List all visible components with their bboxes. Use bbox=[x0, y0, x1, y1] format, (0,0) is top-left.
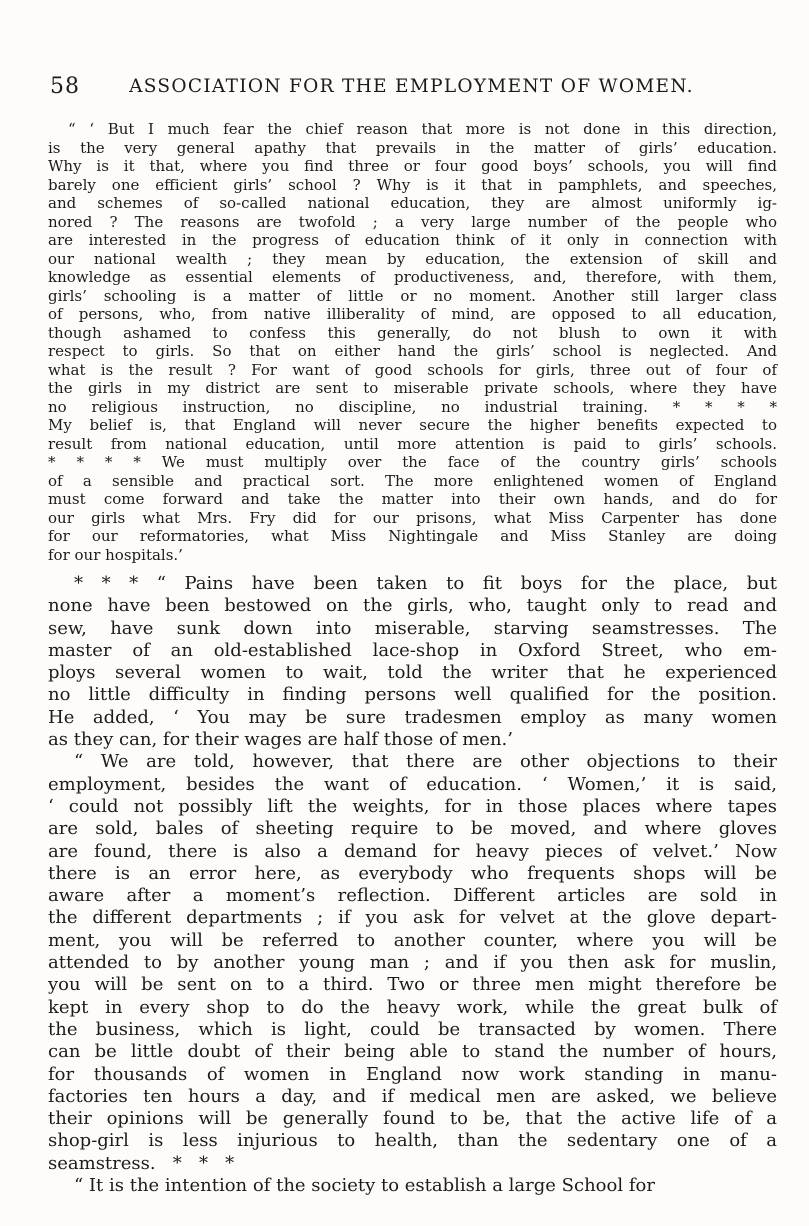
page-body: “ ‘ But I much fear the chief reason tha… bbox=[48, 120, 777, 1197]
paragraph-society-intention: “ It is the intention of the society to … bbox=[48, 1175, 777, 1197]
text-line: for thousands of women in England now wo… bbox=[48, 1064, 777, 1086]
text-line: the different departments ; if you ask f… bbox=[48, 907, 777, 929]
text-line: are sold, bales of sheeting require to b… bbox=[48, 818, 777, 840]
text-line: kept in every shop to do the heavy work,… bbox=[48, 997, 777, 1019]
text-line: girls’ schooling is a matter of little o… bbox=[48, 287, 777, 306]
text-line: shop-girl is less injurious to health, t… bbox=[48, 1130, 777, 1152]
text-line: sew, have sunk down into miserable, star… bbox=[48, 618, 777, 640]
text-line: of persons, who, from native illiberalit… bbox=[48, 305, 777, 324]
text-line: aware after a moment’s reflection. Diffe… bbox=[48, 885, 777, 907]
text-line: for our reformatories, what Miss Nightin… bbox=[48, 527, 777, 546]
text-line: attended to by another young man ; and i… bbox=[48, 952, 777, 974]
text-line: there is an error here, as everybody who… bbox=[48, 863, 777, 885]
text-line: our girls what Mrs. Fry did for our pris… bbox=[48, 509, 777, 528]
text-line: ment, you will be referred to another co… bbox=[48, 930, 777, 952]
text-line: My belief is, that England will never se… bbox=[48, 416, 777, 435]
paragraph-quoted-letter: “ ‘ But I much fear the chief reason tha… bbox=[48, 120, 777, 564]
text-line: * * * * We must multiply over the face o… bbox=[48, 453, 777, 472]
text-line: He added, ‘ You may be sure tradesmen em… bbox=[48, 707, 777, 729]
text-line: result from national education, until mo… bbox=[48, 435, 777, 454]
text-line: is the very general apathy that prevails… bbox=[48, 139, 777, 158]
text-line: can be little doubt of their being able … bbox=[48, 1041, 777, 1063]
text-line: nored ? The reasons are twofold ; a very… bbox=[48, 213, 777, 232]
text-line: you will be sent on to a third. Two or t… bbox=[48, 974, 777, 996]
text-line: what is the result ? For want of good sc… bbox=[48, 361, 777, 380]
paragraph-pains-taken: * * * “ Pains have been taken to fit boy… bbox=[48, 573, 777, 751]
text-line: master of an old-established lace-shop i… bbox=[48, 640, 777, 662]
text-line: are interested in the progress of educat… bbox=[48, 231, 777, 250]
text-line: for our hospitals.’ bbox=[48, 546, 777, 565]
text-line: of a sensible and practical sort. The mo… bbox=[48, 472, 777, 491]
text-line: employment, besides the want of educatio… bbox=[48, 774, 777, 796]
text-line: barely one efficient girls’ school ? Why… bbox=[48, 176, 777, 195]
text-line: respect to girls. So that on either hand… bbox=[48, 342, 777, 361]
scanned-book-page: 58 ASSOCIATION FOR THE EMPLOYMENT OF WOM… bbox=[0, 0, 809, 1226]
text-line: no little difficulty in finding persons … bbox=[48, 684, 777, 706]
text-line: the business, which is light, could be t… bbox=[48, 1019, 777, 1041]
text-line: no religious instruction, no discipline,… bbox=[48, 398, 777, 417]
paragraph-objections: “ We are told, however, that there are o… bbox=[48, 751, 777, 1175]
text-line: ‘ could not possibly lift the weights, f… bbox=[48, 796, 777, 818]
text-line: none have been bestowed on the girls, wh… bbox=[48, 595, 777, 617]
text-line: Why is it that, where you find three or … bbox=[48, 157, 777, 176]
page-number: 58 bbox=[50, 74, 80, 99]
text-line: ploys several women to wait, told the wr… bbox=[48, 662, 777, 684]
text-line: though ashamed to confess this generally… bbox=[48, 324, 777, 343]
text-line: their opinions will be generally found t… bbox=[48, 1108, 777, 1130]
text-line: knowledge as essential elements of produ… bbox=[48, 268, 777, 287]
text-line: and schemes of so-called national educat… bbox=[48, 194, 777, 213]
text-line: “ It is the intention of the society to … bbox=[48, 1175, 777, 1197]
text-line: the girls in my district are sent to mis… bbox=[48, 379, 777, 398]
page-header: 58 ASSOCIATION FOR THE EMPLOYMENT OF WOM… bbox=[0, 0, 809, 102]
text-line: must come forward and take the matter in… bbox=[48, 490, 777, 509]
text-line: seamstress. * * * bbox=[48, 1153, 777, 1175]
text-line: as they can, for their wages are half th… bbox=[48, 729, 777, 751]
text-line: “ We are told, however, that there are o… bbox=[48, 751, 777, 773]
running-header: ASSOCIATION FOR THE EMPLOYMENT OF WOMEN. bbox=[0, 76, 809, 97]
text-line: are found, there is also a demand for he… bbox=[48, 841, 777, 863]
text-line: * * * “ Pains have been taken to fit boy… bbox=[48, 573, 777, 595]
text-line: factories ten hours a day, and if medica… bbox=[48, 1086, 777, 1108]
text-line: our national wealth ; they mean by educa… bbox=[48, 250, 777, 269]
text-line: “ ‘ But I much fear the chief reason tha… bbox=[48, 120, 777, 139]
